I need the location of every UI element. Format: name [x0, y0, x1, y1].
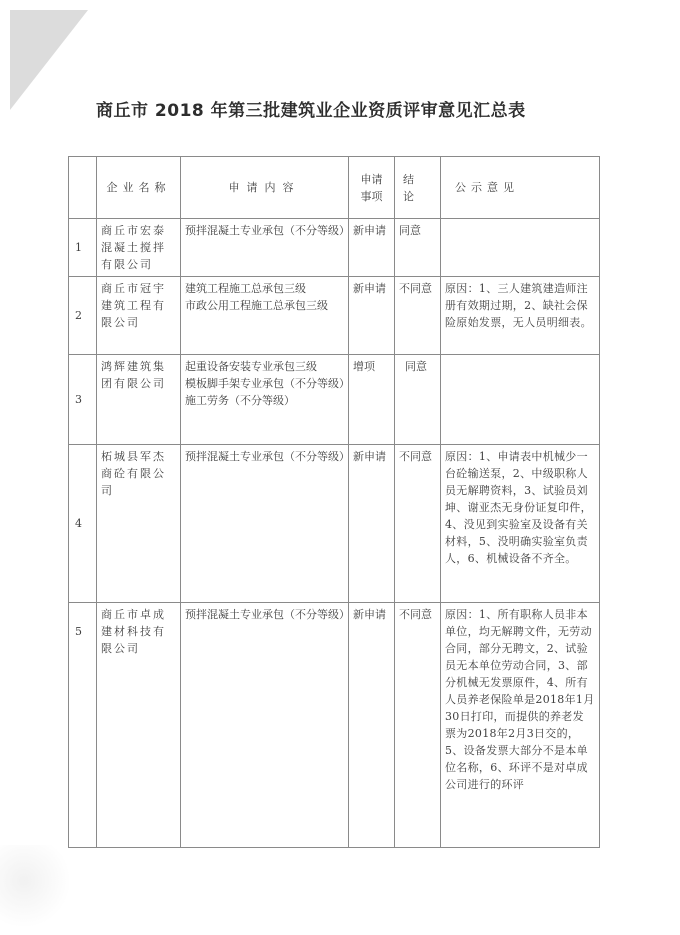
- scan-noise: [0, 845, 80, 935]
- content-line: 市政公用工程施工总承包三级: [185, 297, 344, 314]
- application-type: 新申请: [349, 219, 395, 277]
- company-name: 柘城县军杰商砼有限公司: [97, 445, 181, 603]
- content-line: 模板脚手架专业承包（不分等级）: [185, 375, 344, 392]
- content-line: 预拌混凝土专业承包（不分等级）: [185, 606, 344, 623]
- conclusion: 不同意: [395, 603, 441, 848]
- application-content: 建筑工程施工总承包三级 市政公用工程施工总承包三级: [181, 277, 349, 355]
- conclusion: 不同意: [395, 277, 441, 355]
- application-type: 增项: [349, 355, 395, 445]
- header-application-type: 申请事项: [349, 157, 395, 219]
- company-name: 商丘市冠宇建筑工程有限公司: [97, 277, 181, 355]
- public-opinion: 原因：1、所有职称人员非本单位，均无解聘文件，无劳动合同，部分无聘文，2、试验员…: [441, 603, 600, 848]
- row-index: 4: [69, 445, 97, 603]
- conclusion: 同意: [395, 355, 441, 445]
- public-opinion: 原因：1、申请表中机械少一台砼输送泵，2、中级职称人员无解聘资料，3、试验员刘坤…: [441, 445, 600, 603]
- application-content: 起重设备安装专业承包三级 模板脚手架专业承包（不分等级） 施工劳务（不分等级）: [181, 355, 349, 445]
- content-line: 建筑工程施工总承包三级: [185, 280, 344, 297]
- application-content: 预拌混凝土专业承包（不分等级）: [181, 445, 349, 603]
- content-line: 预拌混凝土专业承包（不分等级）: [185, 222, 344, 239]
- header-index: [69, 157, 97, 219]
- scanned-page-corner-fold: [10, 10, 88, 110]
- public-opinion: 原因：1、三人建筑建造师注册有效期过期，2、缺社会保险原始发票，无人员明细表。: [441, 277, 600, 355]
- header-application-type-label: 申请事项: [359, 171, 385, 205]
- application-content: 预拌混凝土专业承包（不分等级）: [181, 603, 349, 848]
- table-row: 3 鸿辉建筑集团有限公司 起重设备安装专业承包三级 模板脚手架专业承包（不分等级…: [69, 355, 600, 445]
- content-line: 预拌混凝土专业承包（不分等级）: [185, 448, 344, 465]
- company-name: 商丘市卓成建材科技有限公司: [97, 603, 181, 848]
- content-line: 起重设备安装专业承包三级: [185, 358, 344, 375]
- public-opinion: [441, 355, 600, 445]
- row-index: 1: [69, 219, 97, 277]
- company-name: 商丘市宏泰混凝土搅拌有限公司: [97, 219, 181, 277]
- review-summary-table: 企业名称 申请内容 申请事项 结论 公示意见 1 商丘市宏泰混凝土搅拌有限公司 …: [68, 156, 600, 848]
- header-conclusion: 结论: [395, 157, 441, 219]
- public-opinion: [441, 219, 600, 277]
- company-name: 鸿辉建筑集团有限公司: [97, 355, 181, 445]
- conclusion: 同意: [395, 219, 441, 277]
- header-application-content: 申请内容: [181, 157, 349, 219]
- table-row: 2 商丘市冠宇建筑工程有限公司 建筑工程施工总承包三级 市政公用工程施工总承包三…: [69, 277, 600, 355]
- application-content: 预拌混凝土专业承包（不分等级）: [181, 219, 349, 277]
- table-header-row: 企业名称 申请内容 申请事项 结论 公示意见: [69, 157, 600, 219]
- row-index: 2: [69, 277, 97, 355]
- content-line: 施工劳务（不分等级）: [185, 392, 344, 409]
- application-type: 新申请: [349, 277, 395, 355]
- table-row: 5 商丘市卓成建材科技有限公司 预拌混凝土专业承包（不分等级） 新申请 不同意 …: [69, 603, 600, 848]
- header-company-name: 企业名称: [97, 157, 181, 219]
- table-row: 4 柘城县军杰商砼有限公司 预拌混凝土专业承包（不分等级） 新申请 不同意 原因…: [69, 445, 600, 603]
- header-public-opinion: 公示意见: [441, 157, 600, 219]
- row-index: 3: [69, 355, 97, 445]
- application-type: 新申请: [349, 445, 395, 603]
- document-title: 商丘市 2018 年第三批建筑业企业资质评审意见汇总表: [96, 96, 576, 121]
- row-index: 5: [69, 603, 97, 848]
- application-type: 新申请: [349, 603, 395, 848]
- table-row: 1 商丘市宏泰混凝土搅拌有限公司 预拌混凝土专业承包（不分等级） 新申请 同意: [69, 219, 600, 277]
- conclusion: 不同意: [395, 445, 441, 603]
